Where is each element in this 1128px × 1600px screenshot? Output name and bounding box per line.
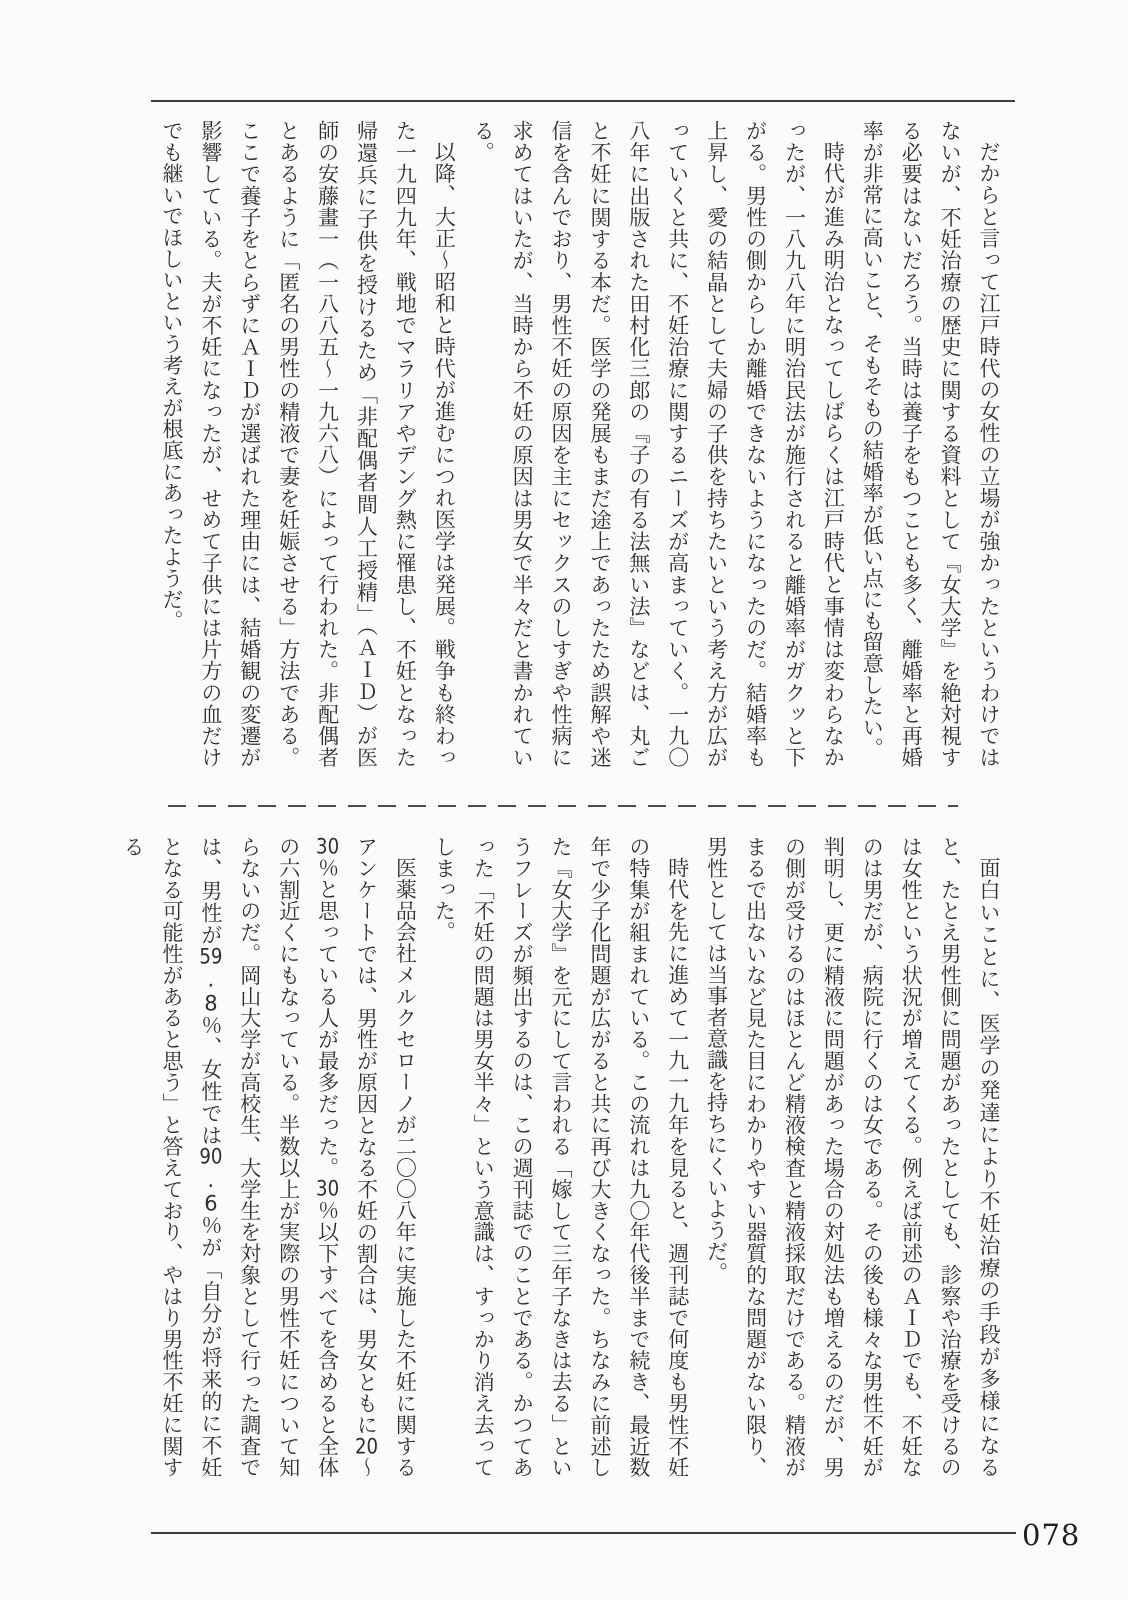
top-text-block: だからと言って江戸時代の女性の立場が強かったというわけではないが、不妊治療の歴史…: [151, 120, 1008, 768]
paragraph-bottom-2: 時代を先に進めて一九一九年を見ると、週刊誌で何度も男性不妊の特集が組まれている。…: [424, 836, 696, 1478]
paragraph-top-3: 以降、大正～昭和と時代が進むにつれ医学は発展。戦争も終わった一九四九年、戦地でマ…: [152, 120, 463, 768]
section-divider-dashed: [168, 805, 958, 807]
book-page: だからと言って江戸時代の女性の立場が強かったというわけではないが、不妊治療の歴史…: [0, 0, 1128, 1600]
paragraph-top-1: だからと言って江戸時代の女性の立場が強かったというわけではないが、不妊治療の歴史…: [852, 120, 1008, 768]
paragraph-top-2: 時代が進み明治となってしばらくは江戸時代と事情は変わらなかったが、一八九八年に明…: [463, 120, 852, 768]
bottom-text-block: 面白いことに、医学の発達により不妊治療の手段が多様になると、たとえ男性側に問題が…: [151, 836, 1008, 1478]
paragraph-bottom-3: 医薬品会社メルクセローノが二〇〇八年に実施した不妊に関するアンケートでは、男性が…: [113, 836, 424, 1478]
paragraph-bottom-1: 面白いことに、医学の発達により不妊治療の手段が多様になると、たとえ男性側に問題が…: [697, 836, 1008, 1478]
bottom-border-rule: [151, 1532, 1016, 1534]
page-number: 078: [1022, 1518, 1080, 1552]
top-border-rule: [151, 100, 1015, 102]
